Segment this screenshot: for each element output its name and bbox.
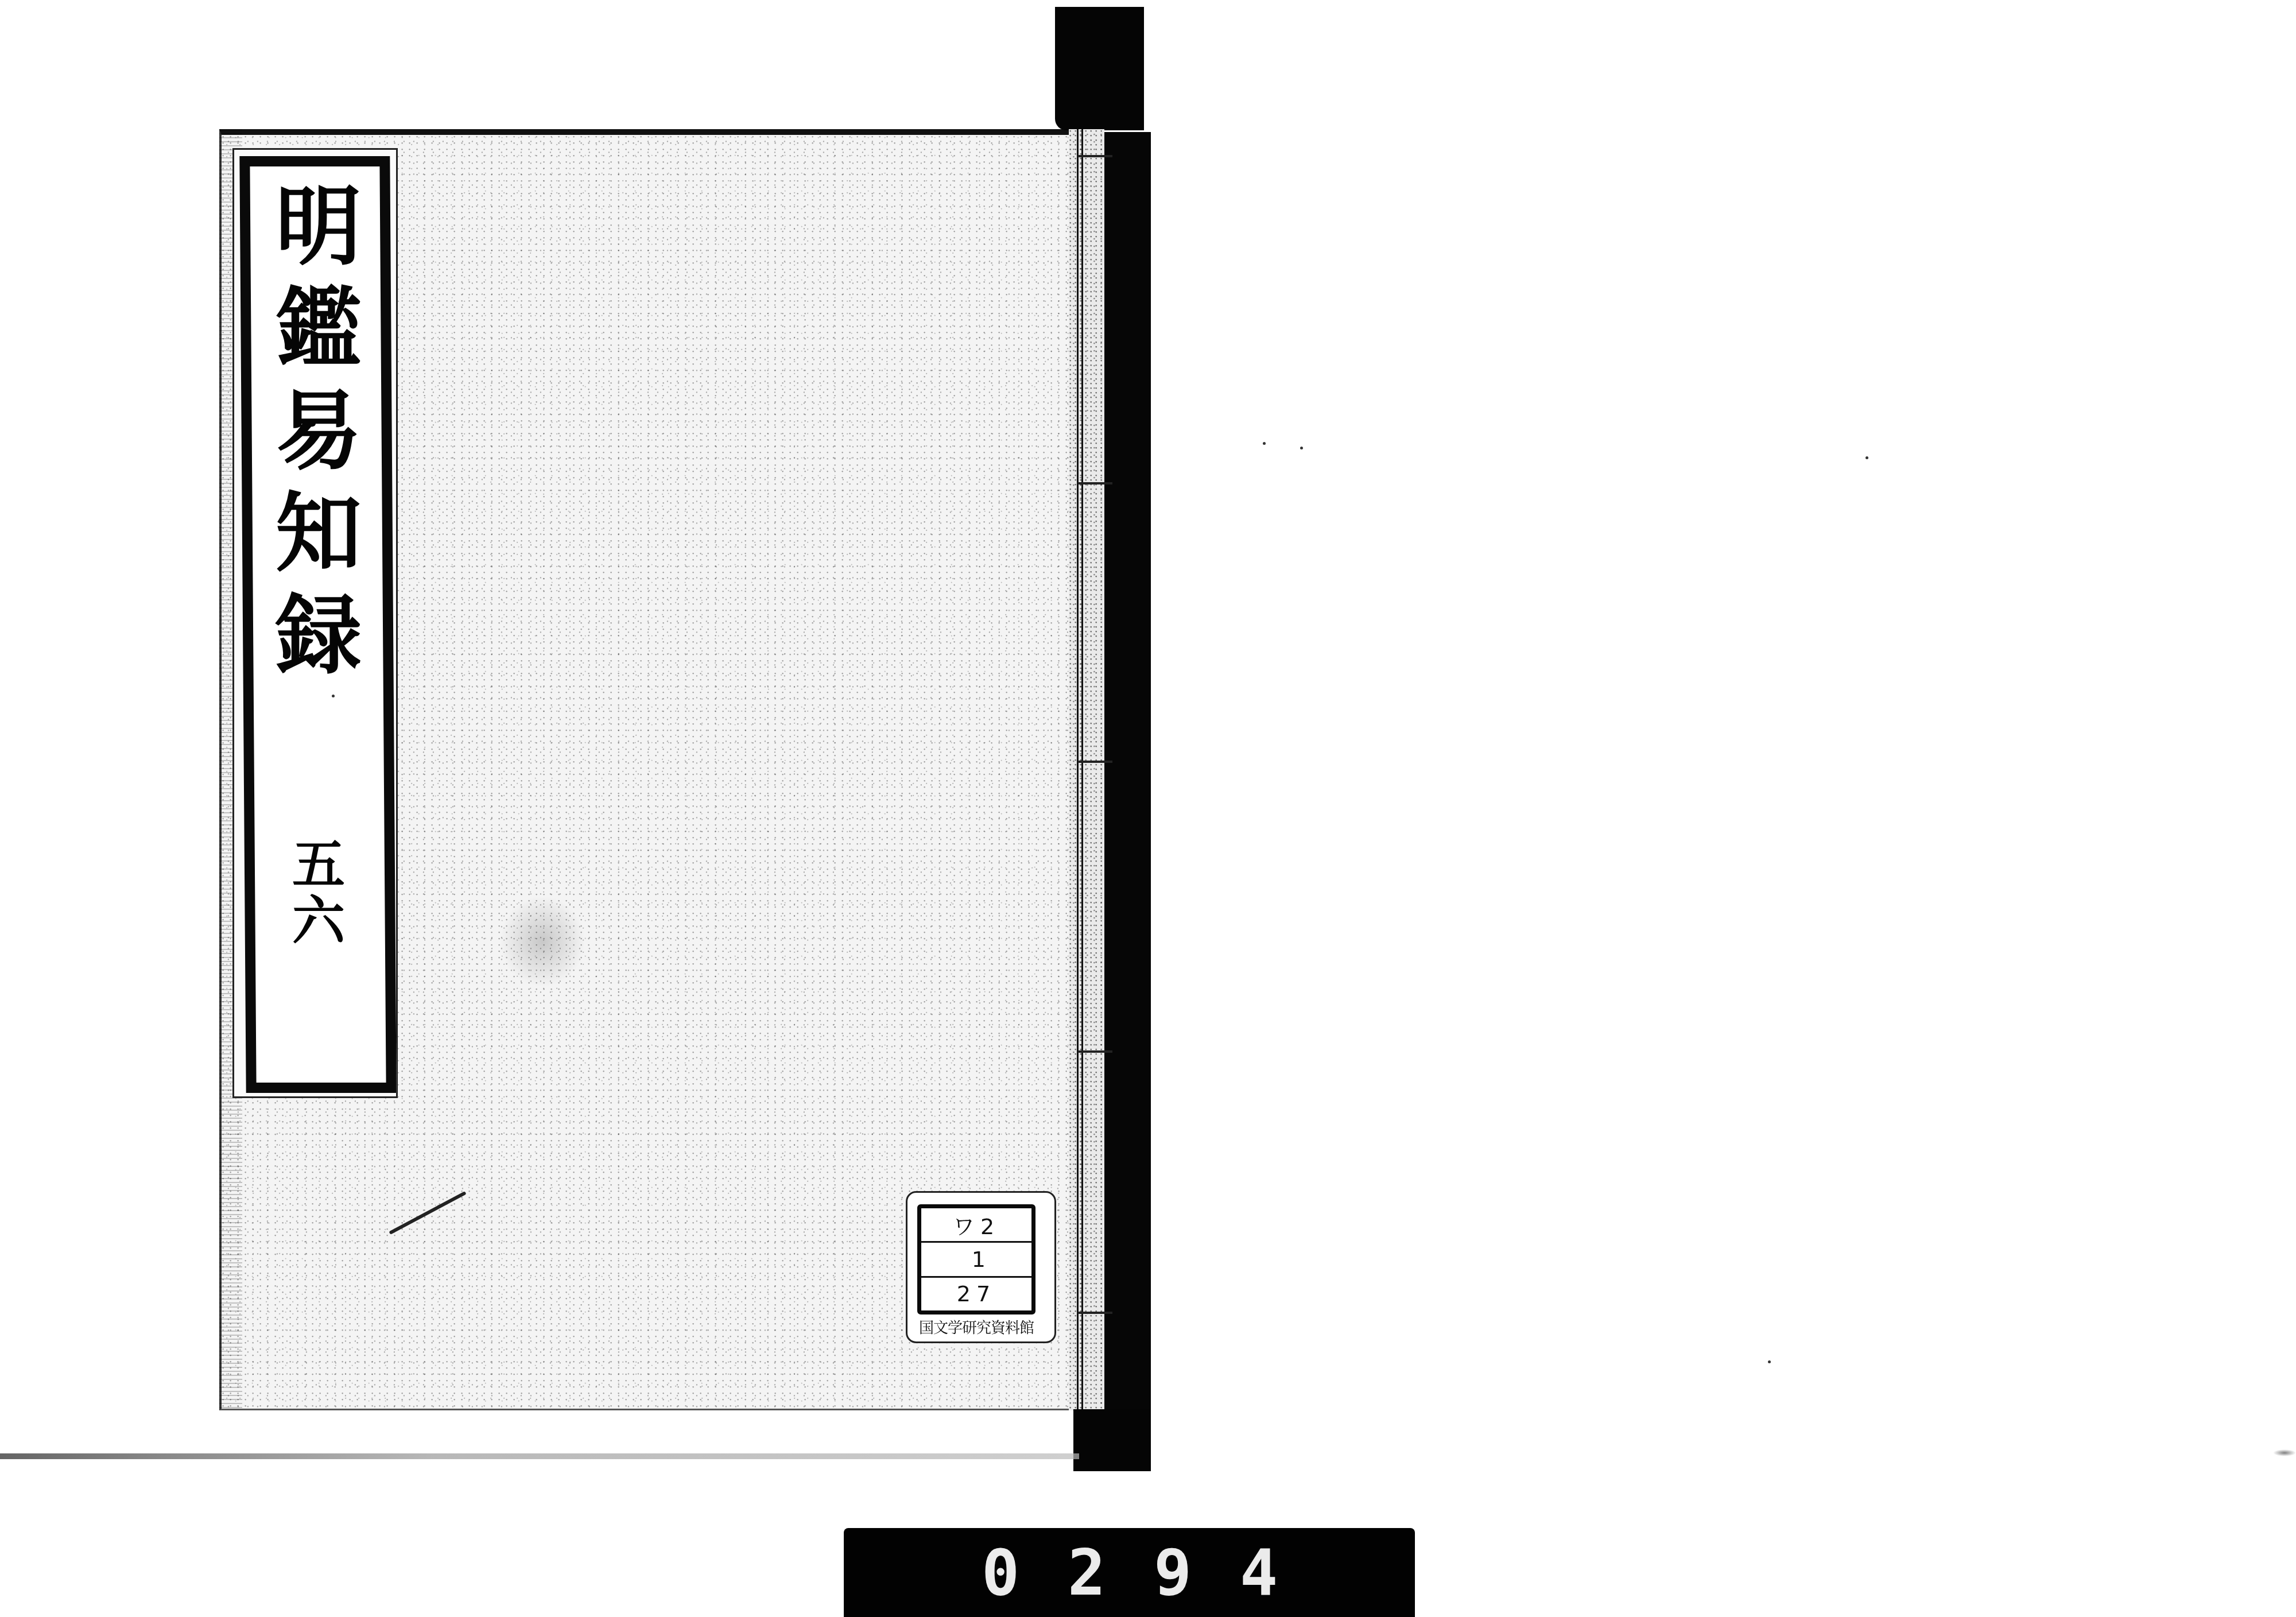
right-edge-mark <box>2273 1449 2296 1456</box>
frame-digit: 2 <box>1068 1536 1154 1610</box>
stitch <box>1078 155 1112 157</box>
lower-page-edge <box>0 1453 1079 1459</box>
ink-dot <box>332 695 335 697</box>
speck <box>1300 447 1303 449</box>
library-name: 国文学研究資料館 <box>917 1316 1035 1337</box>
volume-char: 五 <box>292 838 345 891</box>
frame-digit: 0 <box>982 1536 1068 1610</box>
paper-stain <box>499 895 585 987</box>
stitch <box>1078 1050 1112 1053</box>
binding-strip <box>1069 129 1104 1410</box>
speck <box>1865 456 1868 459</box>
stitch <box>1078 1312 1112 1314</box>
stitch <box>1078 761 1112 763</box>
volume-number: 五 六 <box>253 838 385 951</box>
title-char: 録 <box>276 592 362 684</box>
call-number-row: 1 <box>921 1243 1031 1277</box>
frame-digit: 9 <box>1154 1536 1240 1610</box>
call-number-grid: ワ2 1 27 <box>917 1204 1035 1314</box>
title-char: 易 <box>276 388 362 480</box>
frame-digit: 4 <box>1240 1536 1326 1610</box>
speck <box>1263 442 1266 445</box>
title-char: 鑑 <box>276 286 362 378</box>
call-number-row: ワ2 <box>921 1208 1031 1243</box>
stitch <box>1078 482 1112 484</box>
call-number-row: 27 <box>921 1278 1031 1310</box>
volume-char: 六 <box>292 894 345 947</box>
spine-top-shadow <box>1055 7 1144 130</box>
speck <box>1768 1360 1771 1363</box>
frame-counter: 0 2 9 4 <box>844 1528 1415 1617</box>
title-char: 明 <box>276 184 362 276</box>
title-char: 知 <box>276 490 362 582</box>
spine-bottom-shadow <box>1073 1409 1151 1471</box>
binding-thread <box>1077 129 1083 1410</box>
book-title: 明 鑑 易 知 録 <box>253 184 385 695</box>
